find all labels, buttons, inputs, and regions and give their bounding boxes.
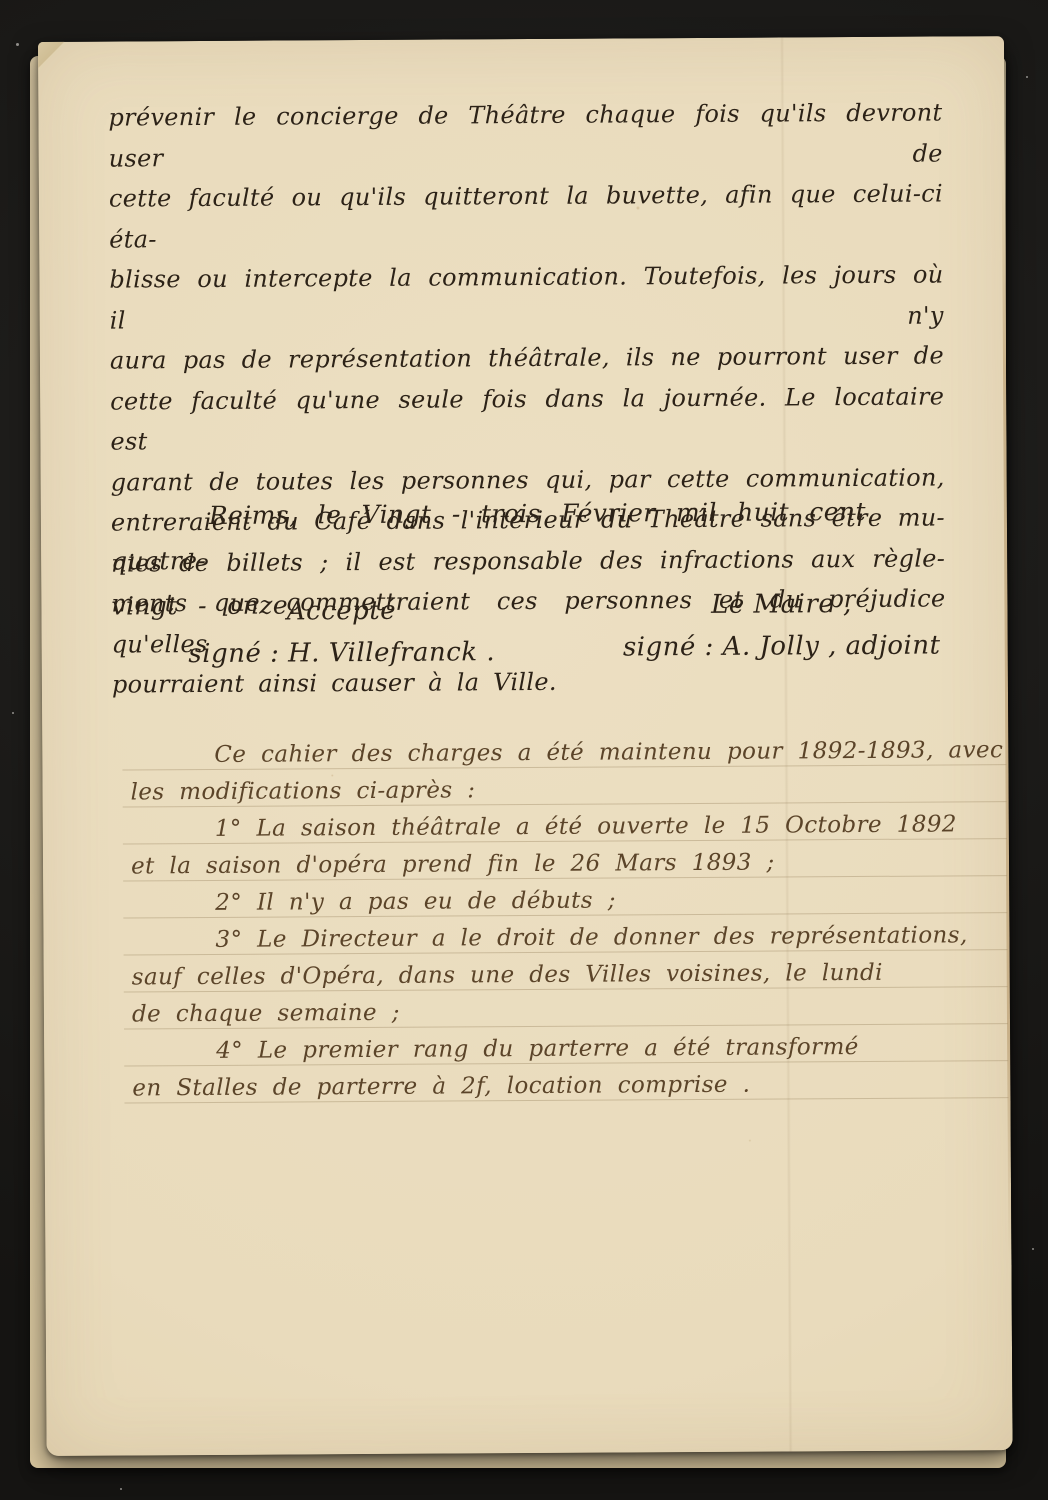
annotation-line: les modifications ci-après : [130,769,1002,811]
dust-speck [120,1488,122,1490]
signature-title: Le Maire , [561,582,1001,627]
manuscript-line: cette faculté ou qu'ils quitteront la bu… [109,173,943,259]
annotation-line: 3° Le Directeur a le droit de donner des… [131,917,1003,959]
signature-title: Accepté [141,589,541,633]
dust-speck [1026,76,1028,78]
dust-speck [16,43,19,46]
annotation-line: Ce cahier des charges a été maintenu pou… [130,732,1002,774]
dust-speck [1032,1248,1034,1250]
signature-line: signé : H. Villefranck . [142,631,542,675]
signature-block-accepted: Accepté signé : H. Villefranck . [141,589,542,675]
annotation-line: de chaque semaine ; [132,991,1004,1033]
annotation-line: et la saison d'opéra prend fin le 26 Mar… [131,843,1003,885]
dateline-line-1: Reims, le Vingt - trois Février mil huit… [111,488,952,583]
annotation-line: sauf celles d'Opéra, dans une des Villes… [132,954,1004,996]
annotation-line: 1° La saison théâtrale a été ouverte le … [131,806,1003,848]
signature-line: signé : A. Jolly , adjoint [562,624,1002,669]
manuscript-line: aura pas de représentation théâtrale, il… [110,335,944,381]
manuscript-line: cette faculté qu'une seule fois dans la … [110,376,944,462]
annotation-line: 4° Le premier rang du parterre a été tra… [132,1028,1004,1070]
manuscript-line: blisse ou intercepte la communication. T… [109,254,943,340]
manuscript-line: prévenir le concierge de Théâtre chaque … [108,92,942,178]
annotation-line: 2° Il n'y a pas eu de débuts ; [131,880,1003,922]
folded-corner [38,42,68,70]
document-page: prévenir le concierge de Théâtre chaque … [38,36,1013,1456]
dust-speck [12,712,14,714]
signature-block-mayor: Le Maire , signé : A. Jolly , adjoint [561,582,1002,669]
annotation-line: en Stalles de parterre à 2f, location co… [132,1065,1004,1107]
annotation-section: Ce cahier des charges a été maintenu pou… [130,732,1004,1107]
photo-background: prévenir le concierge de Théâtre chaque … [0,0,1048,1500]
